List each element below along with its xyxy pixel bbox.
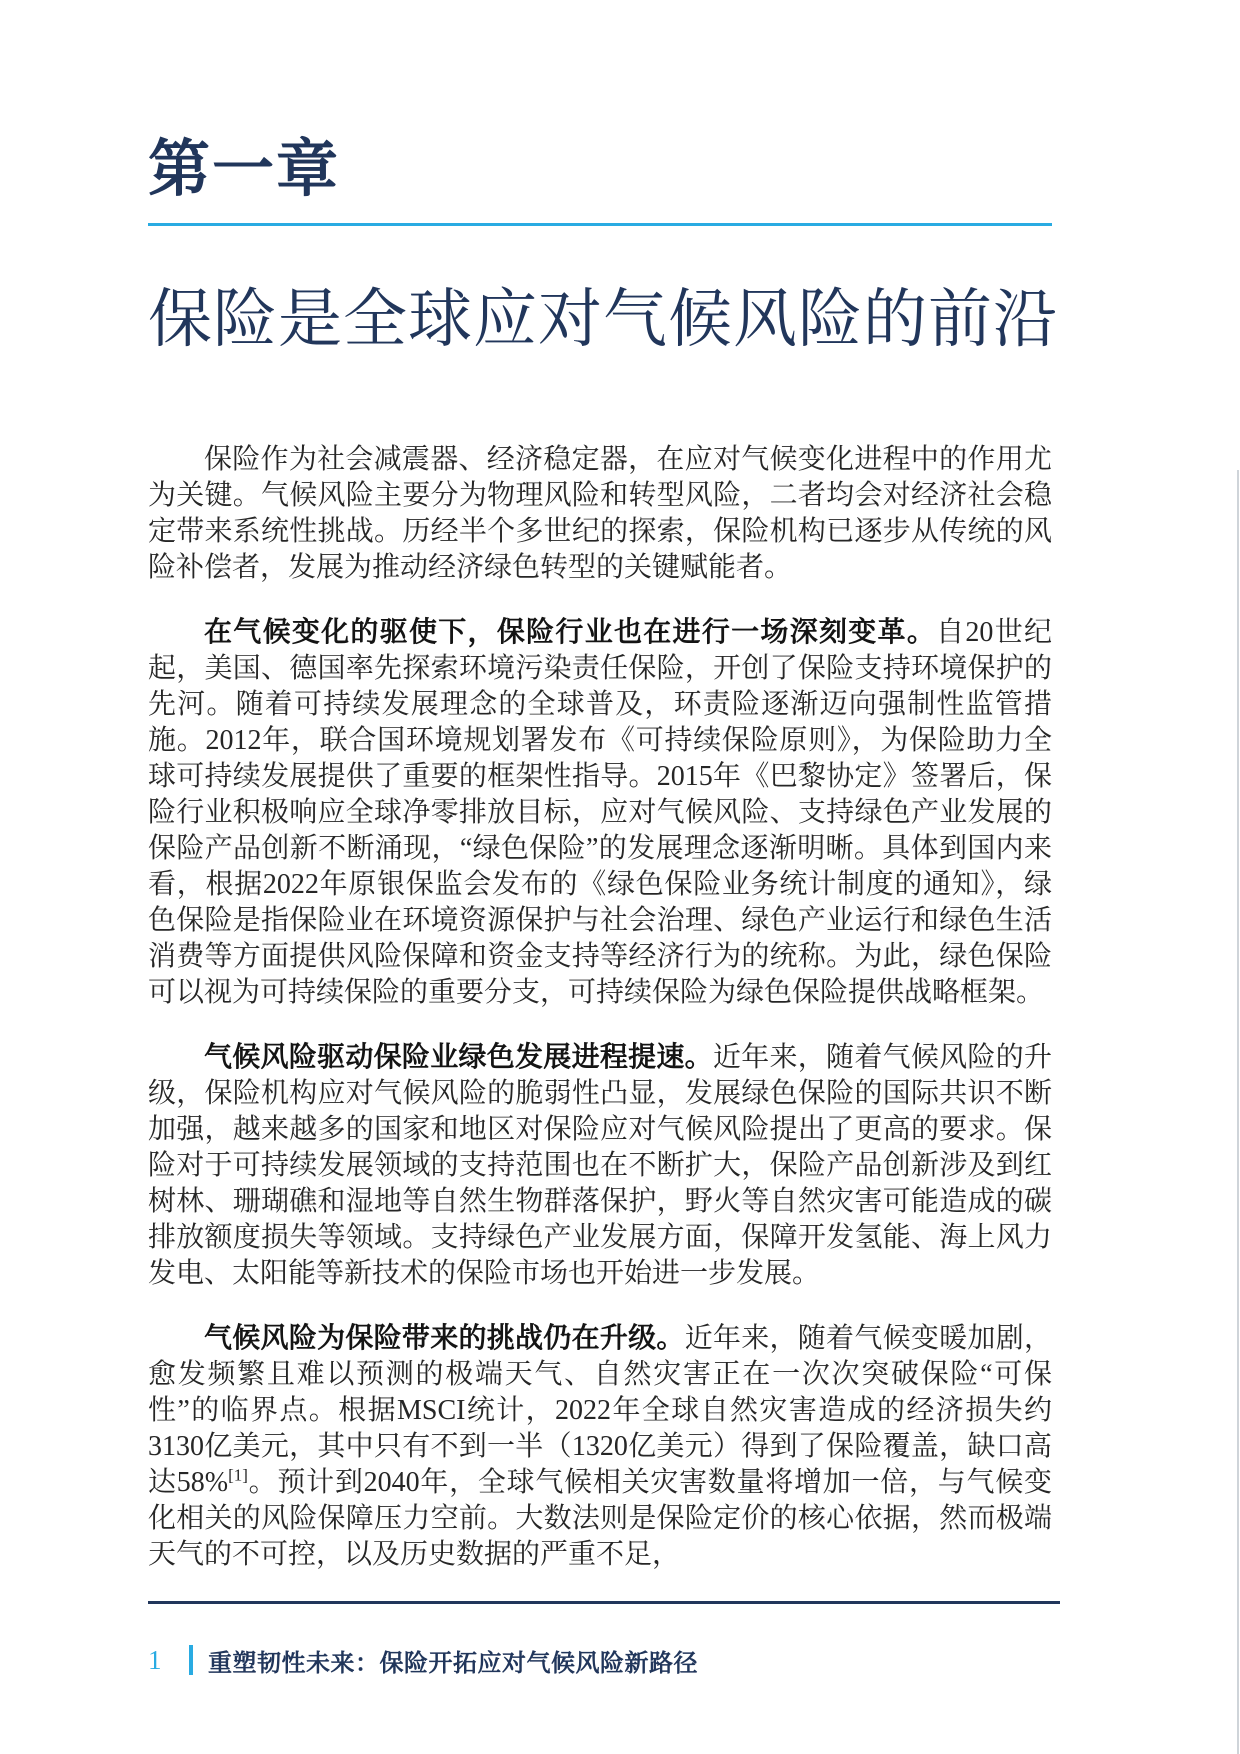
paragraph-lead: 气候风险为保险带来的挑战仍在升级。 <box>204 1322 685 1353</box>
page-title: 保险是全球应对气候风险的前沿 <box>148 282 1052 356</box>
adjacent-page-edge-line <box>1237 470 1239 1754</box>
chapter-label: 第一章 <box>148 138 1052 202</box>
paragraph-lead: 气候风险驱动保险业绿色发展进程提速。 <box>204 1041 713 1072</box>
chapter-accent-rule <box>148 223 1052 226</box>
page-footer: 1 重塑韧性未来：保险开拓应对气候风险新路径 <box>148 1642 698 1678</box>
body-paragraph: 在气候变化的驱使下，保险行业也在进行一场深刻变革。自20世纪起，美国、德国率先探… <box>148 614 1052 1011</box>
paragraph-lead: 在气候变化的驱使下，保险行业也在进行一场深刻变革。 <box>204 616 936 647</box>
footer-page-number: 1 <box>148 1645 164 1676</box>
body-paragraphs: 保险作为社会减震器、经济稳定器，在应对气候变化进程中的作用尤为关键。气候风险主要… <box>148 442 1052 1573</box>
document-page: 第一章 保险是全球应对气候风险的前沿 保险作为社会减震器、经济稳定器，在应对气候… <box>0 0 1240 1754</box>
footer-separator-bar <box>189 1645 193 1675</box>
page-content: 第一章 保险是全球应对气候风险的前沿 保险作为社会减震器、经济稳定器，在应对气候… <box>148 0 1052 1601</box>
body-paragraph: 气候风险为保险带来的挑战仍在升级。近年来，随着气候变暖加剧，愈发频繁且难以预测的… <box>148 1320 1052 1573</box>
footer-divider <box>148 1601 1060 1604</box>
body-paragraph: 保险作为社会减震器、经济稳定器，在应对气候变化进程中的作用尤为关键。气候风险主要… <box>148 442 1052 586</box>
body-paragraph: 气候风险驱动保险业绿色发展进程提速。近年来，随着气候风险的升级，保险机构应对气候… <box>148 1039 1052 1292</box>
footnote-reference: [1] <box>228 1466 248 1485</box>
footer-report-title: 重塑韧性未来：保险开拓应对气候风险新路径 <box>208 1643 698 1678</box>
